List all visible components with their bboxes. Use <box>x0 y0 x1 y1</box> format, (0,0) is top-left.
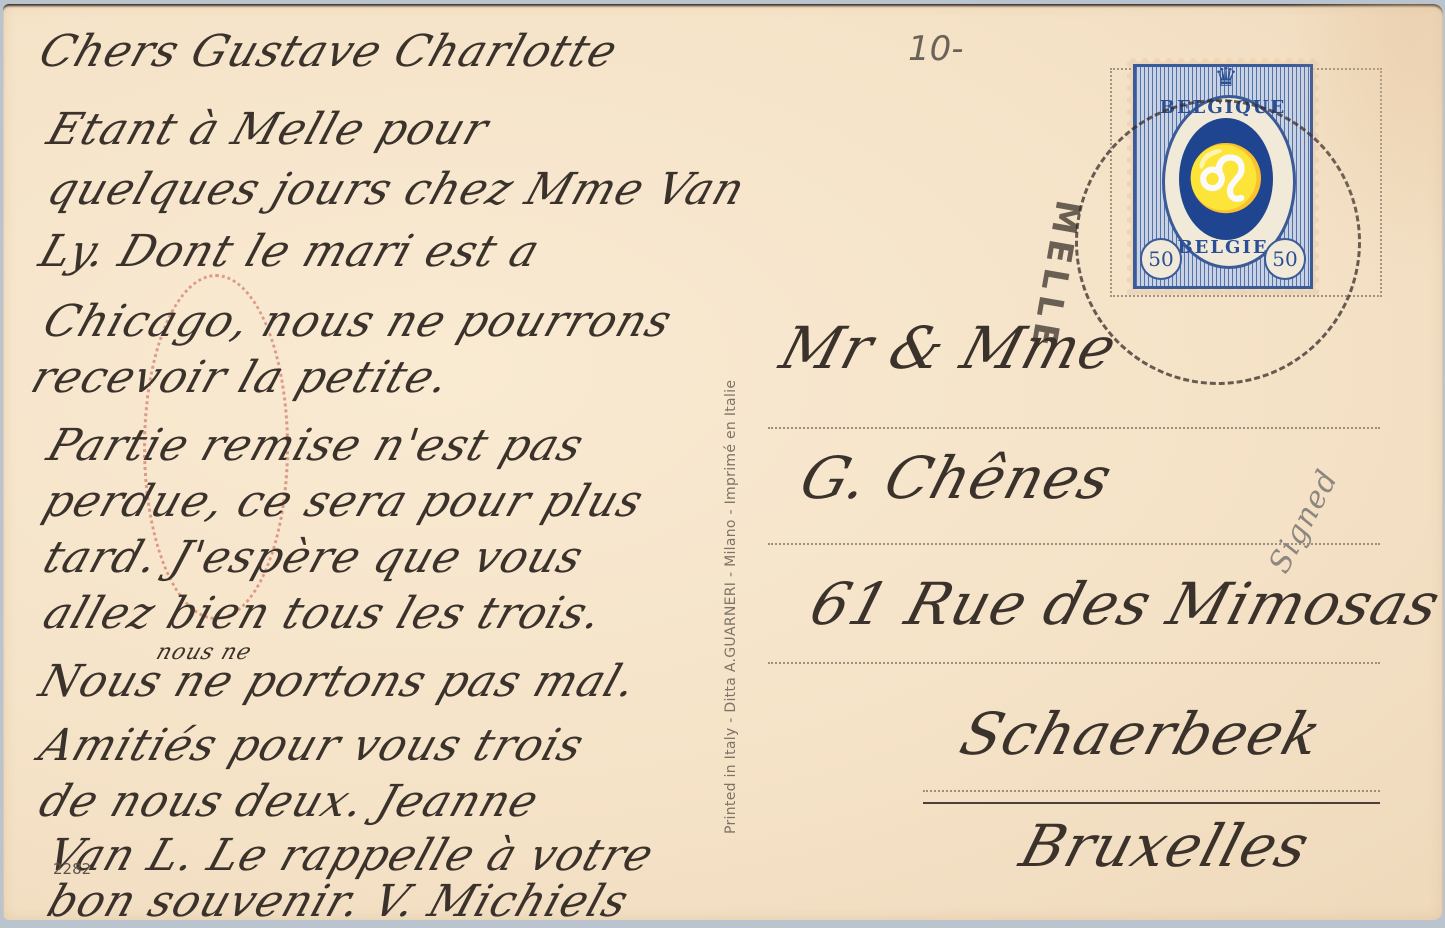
address-line-4 <box>923 790 1380 792</box>
address-salutation: Mr & Mme <box>773 314 1125 382</box>
message-line: Ly. Dont le mari est a <box>33 226 546 277</box>
message-line: Amitiés pour vous trois <box>33 720 591 771</box>
card-number: 2282 <box>53 860 91 878</box>
address-line-1 <box>768 427 1380 429</box>
message-line: Partie remise n'est pas <box>41 420 590 471</box>
address-underline <box>923 802 1380 804</box>
address-line-3 <box>768 662 1380 664</box>
message-line: Etant à Melle pour <box>41 104 495 155</box>
message-line: bon souvenir. V. Michiels <box>41 876 635 920</box>
message-line: perdue, ce sera pour plus <box>37 476 650 527</box>
message-line: Chers Gustave Charlotte <box>33 26 624 77</box>
crown-icon: ♛ <box>1198 65 1254 91</box>
message-line: quelques jours chez Mme Van <box>41 164 752 215</box>
message-line: tard. J'espère que vous <box>37 532 590 583</box>
message-line: Nous ne portons pas mal. <box>33 656 644 707</box>
pencil-note: Signed <box>1262 464 1345 579</box>
address-region: Bruxelles <box>1013 812 1317 880</box>
message-line: de nous deux. Jeanne <box>33 776 545 827</box>
price-note: 10- <box>908 29 964 69</box>
address-street: 61 Rue des Mimosas <box>803 570 1443 638</box>
message-line: allez bien tous les trois. <box>37 588 609 639</box>
message-line: Chicago, nous ne pourrons <box>37 296 679 347</box>
message-line: Van L. Le rappelle à votre <box>41 830 660 881</box>
message-line: recevoir la petite. <box>25 352 457 403</box>
printer-imprint: Printed in Italy - Ditta A.GUARNERI - Mi… <box>723 380 739 834</box>
address-name: G. Chênes <box>793 444 1120 512</box>
address-city: Schaerbeek <box>953 700 1330 768</box>
postcard-back: Chers Gustave Charlotte Etant à Melle po… <box>3 4 1443 920</box>
